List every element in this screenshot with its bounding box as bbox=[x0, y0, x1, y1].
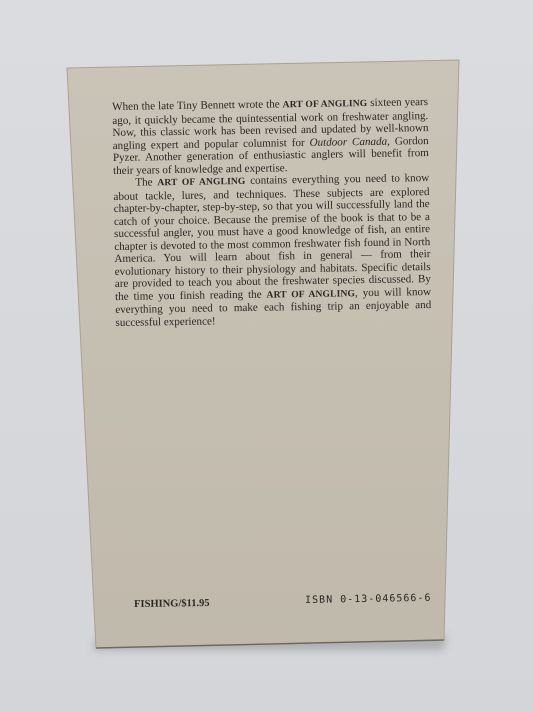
book-blurb: When the late Tiny Bennett wrote the ART… bbox=[112, 96, 432, 329]
isbn: ISBN 0-13-046566-6 bbox=[305, 593, 432, 606]
book-title: ART OF ANGLING bbox=[283, 98, 368, 110]
category-price: FISHING/$11.95 bbox=[134, 598, 210, 610]
blurb-paragraph-2: The ART OF ANGLING contains everything y… bbox=[113, 172, 431, 329]
blurb-paragraph-1: When the late Tiny Bennett wrote the ART… bbox=[112, 96, 429, 177]
book-title: ART OF ANGLING bbox=[266, 288, 355, 300]
magazine-name: Outdoor Canada bbox=[309, 135, 387, 148]
book-title: ART OF ANGLING bbox=[157, 176, 245, 188]
